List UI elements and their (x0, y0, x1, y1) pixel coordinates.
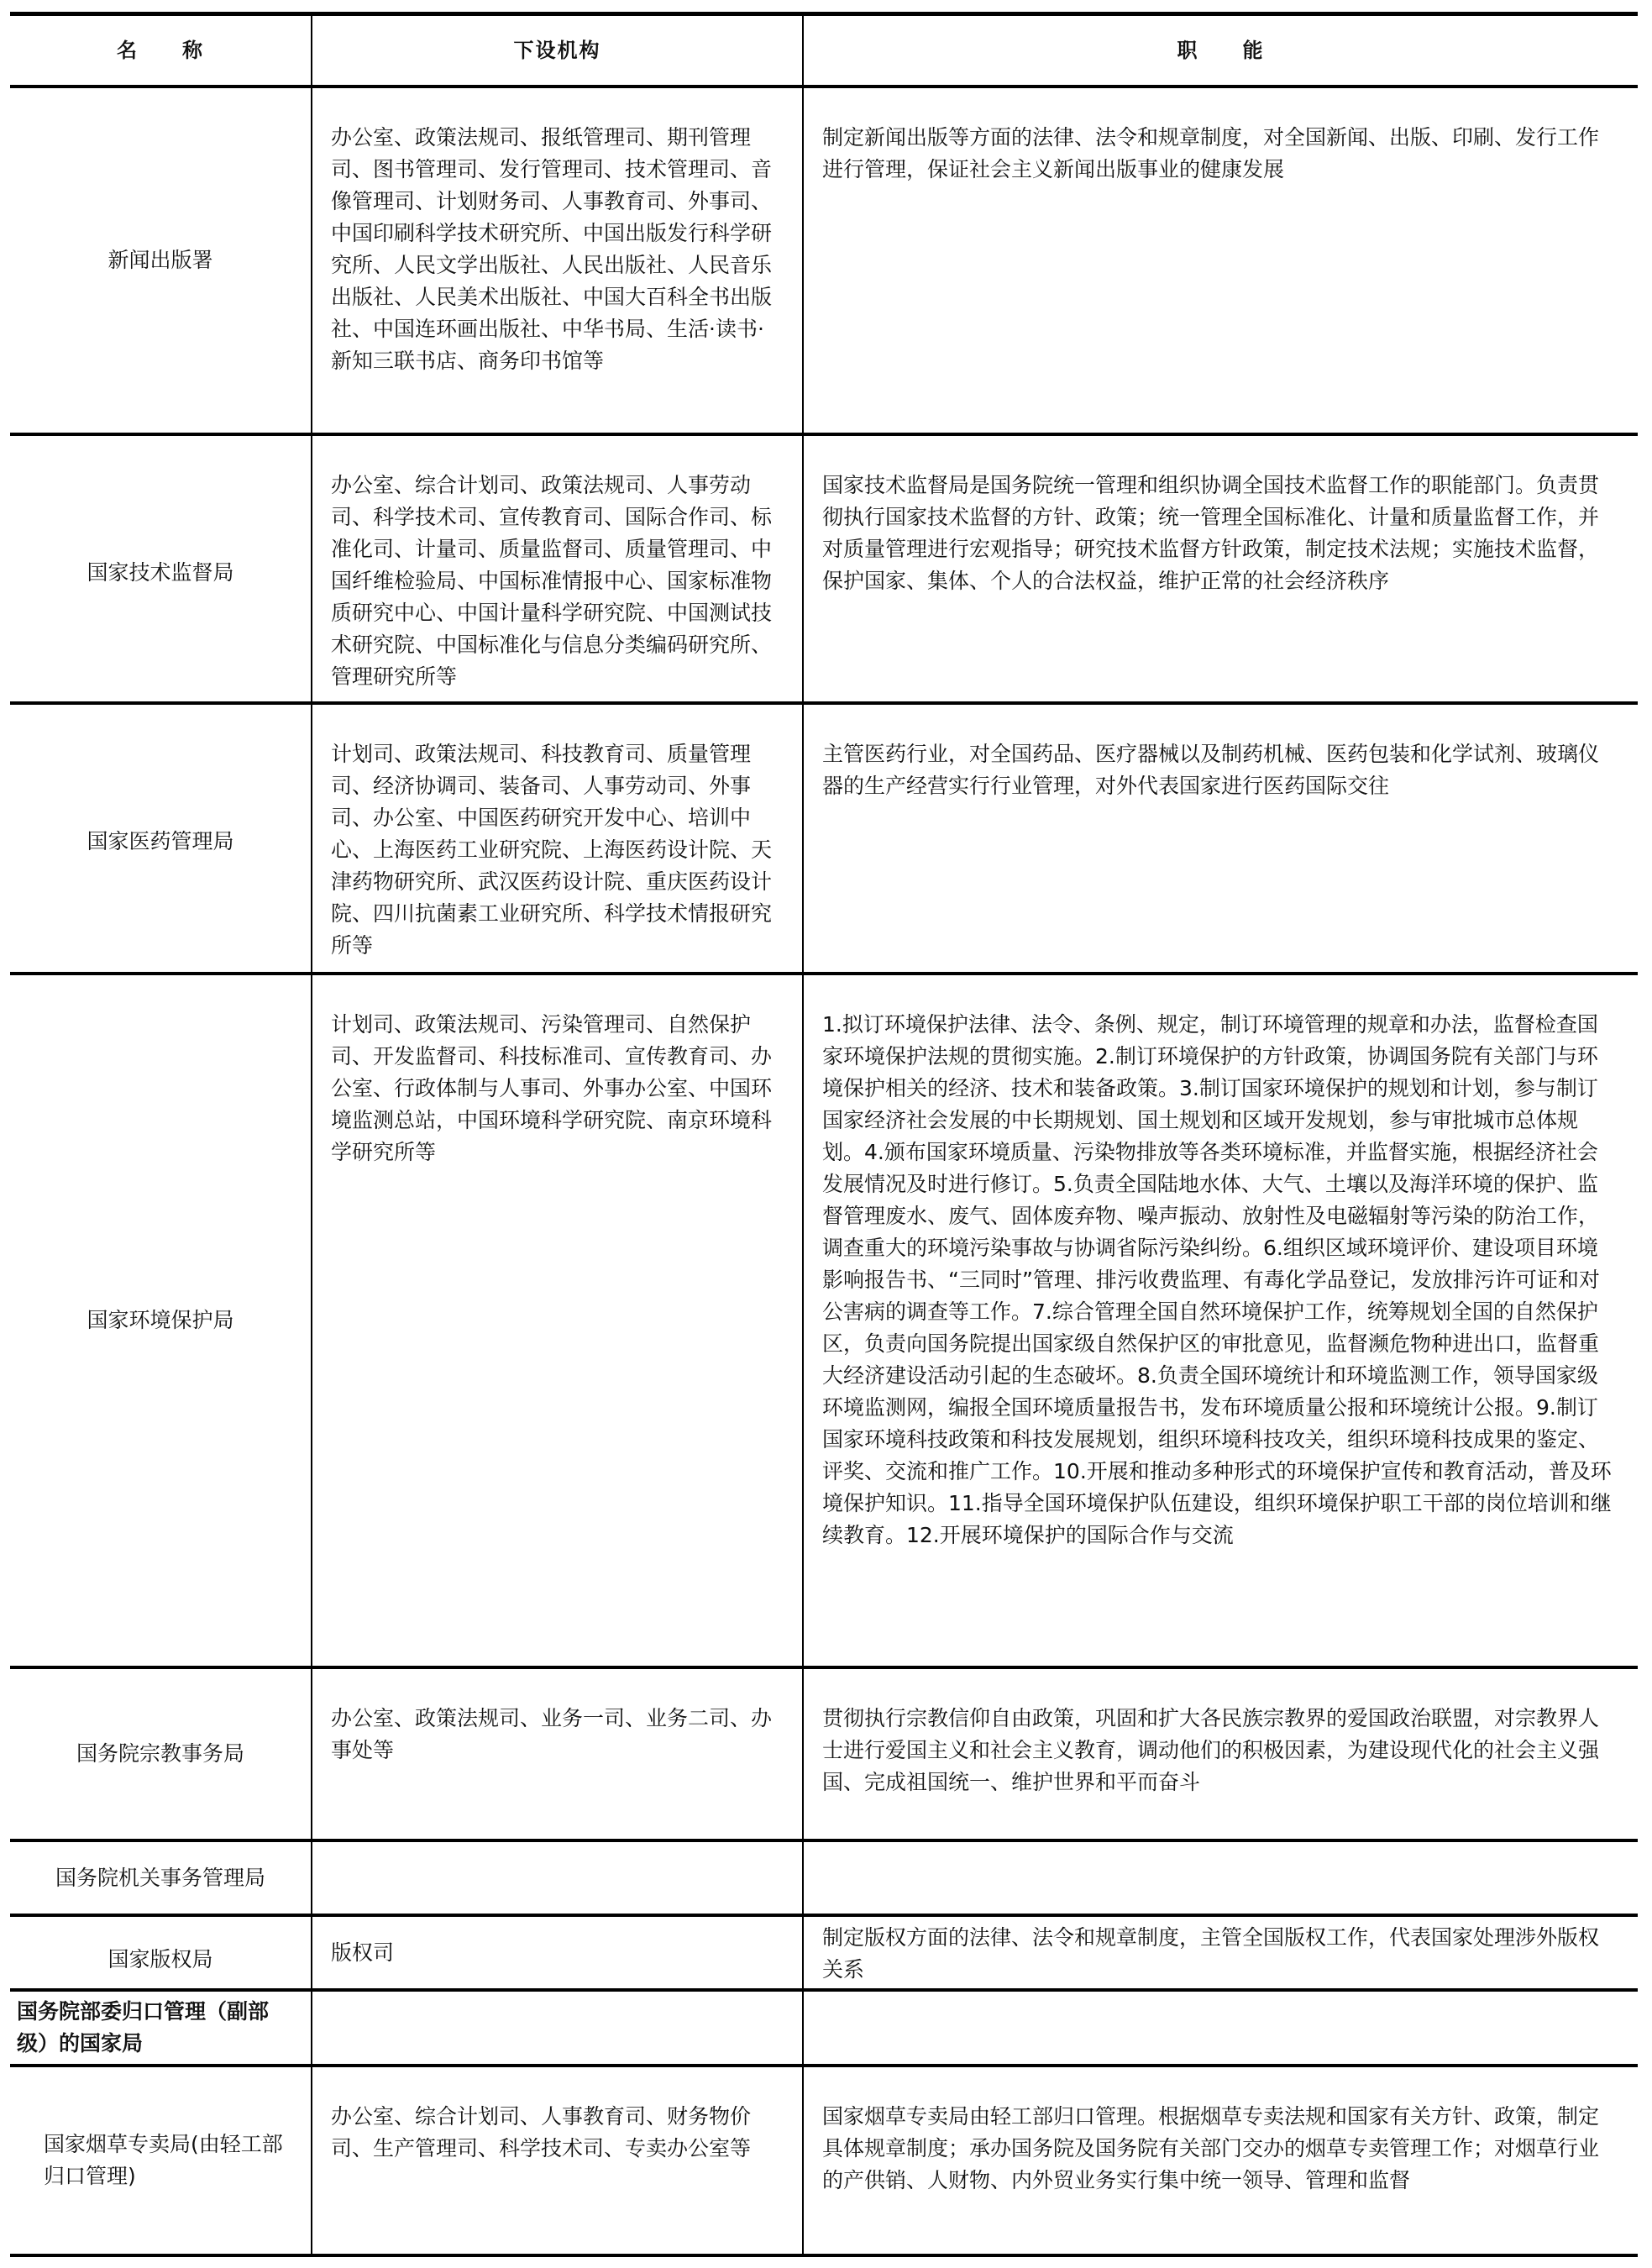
agency-name: 国家版权局 (10, 1917, 311, 2003)
agency-functions: 贯彻执行宗教信仰自由政策，巩固和扩大各民族宗教界的爱国政治联盟，对宗教界人士进行… (802, 1669, 1638, 1839)
agency-name: 国务院机关事务管理局 (10, 1842, 311, 1914)
agency-functions: 主管医药行业，对全国药品、医疗器械以及制药机械、医药包装和化学试剂、玻璃仪器的生… (802, 705, 1638, 979)
header-subunits: 下设机构 (311, 16, 802, 85)
agency-subunits: 办公室、综合计划司、人事教育司、财务物价司、生产管理司、科学技术司、专卖办公室等 (311, 2067, 802, 2254)
header-name: 名 称 (10, 16, 311, 85)
agency-functions: 国家技术监督局是国务院统一管理和组织协调全国技术监督工作的职能部门。负责贯彻执行… (802, 436, 1638, 710)
agency-subunits: 计划司、政策法规司、科技教育司、质量管理司、经济协调司、装备司、人事劳动司、外事… (311, 705, 802, 979)
agency-functions: 制定新闻出版等方面的法律、法令和规章制度，对全国新闻、出版、印刷、发行工作进行管… (802, 88, 1638, 433)
table-header: 名 称 下设机构 职 能 (10, 16, 1638, 88)
agency-name: 国家技术监督局 (10, 436, 311, 710)
table-row: 国家版权局 版权司 制定版权方面的法律、法令和规章制度，主管全国版权工作，代表国… (10, 1917, 1638, 1992)
table-row: 国务院宗教事务局 办公室、政策法规司、业务一司、业务二司、办事处等 贯彻执行宗教… (10, 1669, 1638, 1842)
table-row: 国家烟草专卖局(由轻工部归口管理) 办公室、综合计划司、人事教育司、财务物价司、… (10, 2067, 1638, 2254)
agency-name: 国家环境保护局 (10, 975, 311, 1666)
agency-functions: 国家烟草专卖局由轻工部归口管理。根据烟草专卖法规和国家有关方针、政策，制定具体规… (802, 2067, 1638, 2254)
agency-name: 国务院宗教事务局 (10, 1669, 311, 1839)
table-row: 国家医药管理局 计划司、政策法规司、科技教育司、质量管理司、经济协调司、装备司、… (10, 705, 1638, 975)
table-row: 国家环境保护局 计划司、政策法规司、污染管理司、自然保护司、开发监督司、科技标准… (10, 975, 1638, 1669)
agency-functions (802, 1992, 1638, 2064)
agency-subunits: 办公室、政策法规司、报纸管理司、期刊管理司、图书管理司、发行管理司、技术管理司、… (311, 88, 802, 433)
agency-name: 国家烟草专卖局(由轻工部归口管理) (10, 2067, 311, 2254)
section-heading: 国务院部委归口管理（副部级）的国家局 (10, 1992, 311, 2064)
agency-subunits: 计划司、政策法规司、污染管理司、自然保护司、开发监督司、科技标准司、宣传教育司、… (311, 975, 802, 1666)
agency-functions (802, 1842, 1638, 1914)
agency-functions: 制定版权方面的法律、法令和规章制度，主管全国版权工作，代表国家处理涉外版权关系 (802, 1917, 1638, 2003)
section-heading-row: 国务院部委归口管理（副部级）的国家局 (10, 1992, 1638, 2067)
agency-subunits: 办公室、政策法规司、业务一司、业务二司、办事处等 (311, 1669, 802, 1839)
agency-subunits: 版权司 (311, 1917, 802, 2003)
table-row: 新闻出版署 办公室、政策法规司、报纸管理司、期刊管理司、图书管理司、发行管理司、… (10, 88, 1638, 436)
table-row: 国家技术监督局 办公室、综合计划司、政策法规司、人事劳动司、科学技术司、宣传教育… (10, 436, 1638, 705)
agency-name: 新闻出版署 (10, 88, 311, 433)
agency-subunits (311, 1842, 802, 1914)
agency-subunits (311, 1992, 802, 2064)
agency-name: 国家医药管理局 (10, 705, 311, 979)
agency-functions: 1.拟订环境保护法律、法令、条例、规定，制订环境管理的规章和办法，监督检查国家环… (802, 975, 1638, 1666)
agency-table: 名 称 下设机构 职 能 新闻出版署 办公室、政策法规司、报纸管理司、期刊管理司… (10, 12, 1638, 2257)
table-row: 国务院机关事务管理局 (10, 1842, 1638, 1917)
agency-subunits: 办公室、综合计划司、政策法规司、人事劳动司、科学技术司、宣传教育司、国际合作司、… (311, 436, 802, 710)
header-functions: 职 能 (802, 16, 1638, 85)
